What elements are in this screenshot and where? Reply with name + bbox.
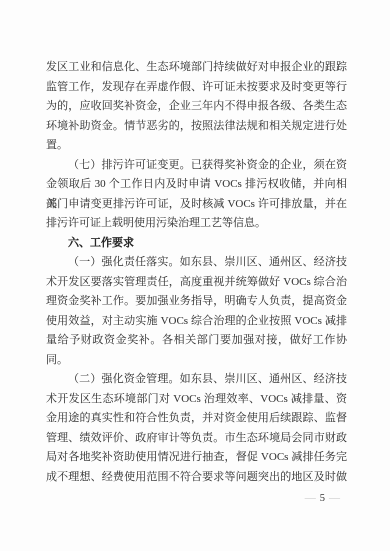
text-line: 量给予财政资金奖补。各相关部门要加强对接，做好工作协 [46, 331, 347, 351]
footer-dash-right: — [329, 492, 340, 504]
text-line: 成不理想、经费使用范围不符合要求等问题突出的地区及时做 [46, 468, 347, 488]
text-line: 局对各地奖补资助使用情况进行抽查，督促 VOCs 减排任务完 [46, 448, 347, 468]
section-heading: 六、工作要求 [46, 234, 347, 254]
text-line: 部门申请变更排污许可证，及时核减 VOCs 许可排放量，并在 [46, 195, 347, 215]
text-line: 使用效益，对主动实施 VOCs 综合治理的企业按照 VOCs 减排 [46, 312, 347, 332]
text-line: 金用途的真实性和符合性负责，并对资金使用后续跟踪、监督 [46, 409, 347, 429]
text-line: 环境补助资金。情节恶劣的，按照法律法规和相关规定进行处 [46, 117, 347, 137]
page-footer: —5— [305, 491, 340, 506]
footer-page-number: 5 [320, 493, 325, 504]
footer-dash-left: — [305, 492, 316, 504]
text-line: （一）强化责任落实。如东县、崇川区、通州区、经济技 [46, 253, 347, 273]
text-line: 金领取后 30 个工作日内及时申请 VOCs 排污权收储，并向相关 [46, 175, 347, 195]
text-line: 发区工业和信息化、生态环境部门持续做好对申报企业的跟踪 [46, 58, 347, 78]
text-line: 排污许可证上载明使用污染治理工艺等信息。 [46, 214, 347, 234]
text-line: 理资金奖补工作。要加强业务指导，明确专人负责，提高资金 [46, 292, 347, 312]
text-line: 术开发区生态环境部门对 VOCs 治理效率、VOCs 减排量、资 [46, 390, 347, 410]
text-line: 监管工作，发现存在弄虚作假、许可证未按要求及时变更等行 [46, 78, 347, 98]
document-page: 发区工业和信息化、生态环境部门持续做好对申报企业的跟踪监管工作，发现存在弄虚作假… [0, 0, 390, 551]
text-line: （二）强化资金管理。如东县、崇川区、通州区、经济技 [46, 370, 347, 390]
text-line: （七）排污许可证变更。已获得奖补资金的企业，须在资 [46, 156, 347, 176]
text-line: 术开发区要落实管理责任，高度重视并统筹做好 VOCs 综合治 [46, 273, 347, 293]
text-line: 管理、绩效评价、政府审计等负责。市生态环境局会同市财政 [46, 429, 347, 449]
text-line: 置。 [46, 136, 347, 156]
text-line: 为的，应收回奖补资金，企业三年内不得申报各级、各类生态 [46, 97, 347, 117]
text-line: 同。 [46, 351, 347, 371]
document-text: 发区工业和信息化、生态环境部门持续做好对申报企业的跟踪监管工作，发现存在弄虚作假… [46, 58, 347, 487]
